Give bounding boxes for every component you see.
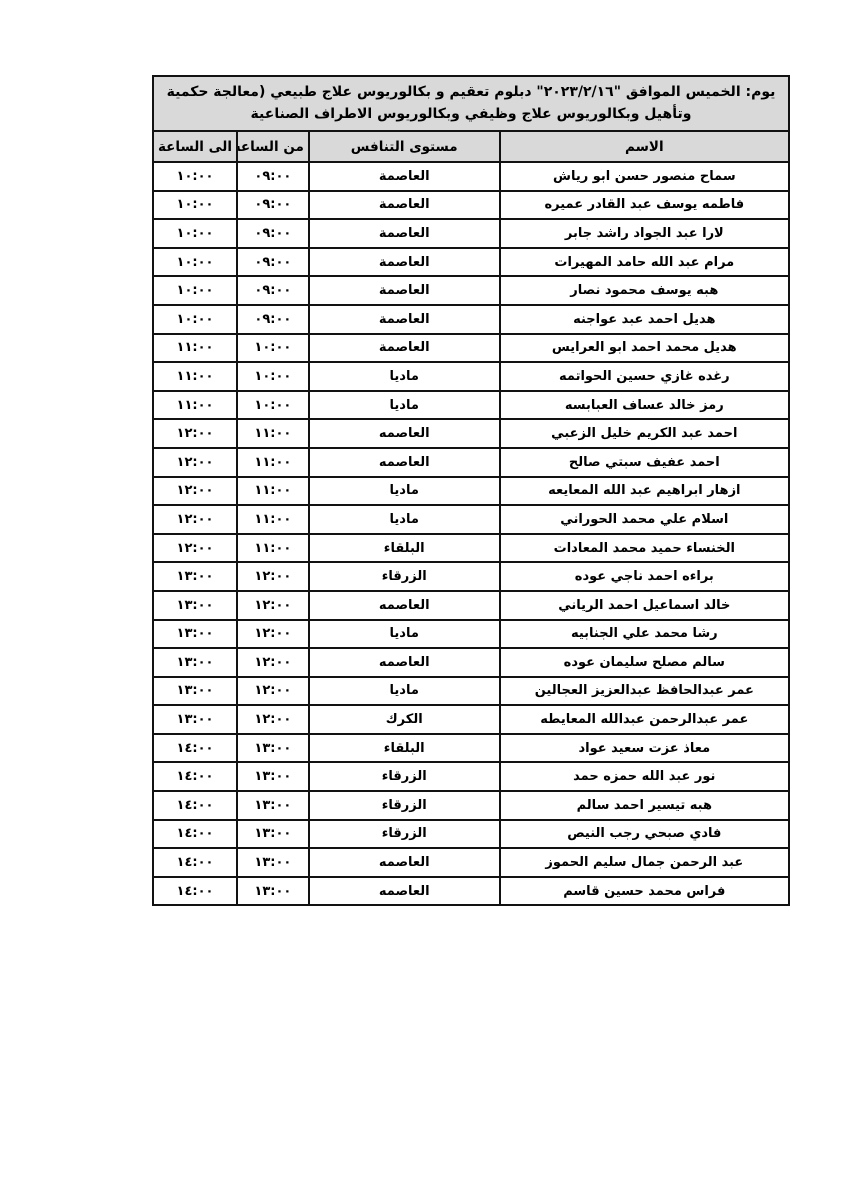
cell-from: ٠٩:٠٠ [237,248,309,277]
cell-level: العاصمه [309,419,500,448]
table-row: رشا محمد علي الجنابيه ماديا ١٢:٠٠ ١٣:٠٠ [153,620,789,649]
cell-from: ١١:٠٠ [237,448,309,477]
table-row: رغده غازي حسين الحواتمه ماديا ١٠:٠٠ ١١:٠… [153,362,789,391]
table-row: احمد عبد الكريم خليل الزعبي العاصمه ١١:٠… [153,419,789,448]
table-row: عمر عبدالرحمن عبدالله المعايطه الكرك ١٢:… [153,705,789,734]
cell-from: ٠٩:٠٠ [237,191,309,220]
cell-name: ازهار ابراهيم عبد الله المعايعه [500,477,789,506]
cell-level: ماديا [309,620,500,649]
cell-to: ١٣:٠٠ [153,705,237,734]
cell-from: ١٠:٠٠ [237,362,309,391]
cell-to: ١٤:٠٠ [153,877,237,906]
cell-level: ماديا [309,362,500,391]
cell-to: ١٤:٠٠ [153,734,237,763]
cell-name: عبد الرحمن جمال سليم الحموز [500,848,789,877]
cell-from: ١٣:٠٠ [237,848,309,877]
cell-level: ماديا [309,505,500,534]
cell-name: اسلام علي محمد الحوراني [500,505,789,534]
cell-to: ١٤:٠٠ [153,820,237,849]
document-page: { "table": { "title": "يوم: الخميس الموا… [0,0,850,1192]
cell-to: ١١:٠٠ [153,334,237,363]
cell-to: ١٠:٠٠ [153,191,237,220]
table-row: احمد عفيف سبتي صالح العاصمه ١١:٠٠ ١٢:٠٠ [153,448,789,477]
cell-to: ١٣:٠٠ [153,591,237,620]
table-row: هديل محمد احمد ابو العرايس العاصمة ١٠:٠٠… [153,334,789,363]
cell-name: عمر عبدالرحمن عبدالله المعايطه [500,705,789,734]
table-row: هديل احمد عبد عواجنه العاصمة ٠٩:٠٠ ١٠:٠٠ [153,305,789,334]
cell-level: الزرقاء [309,791,500,820]
cell-from: ١١:٠٠ [237,534,309,563]
table-title-row: يوم: الخميس الموافق "٢٠٢٣/٢/١٦" دبلوم تع… [153,76,789,131]
cell-from: ٠٩:٠٠ [237,219,309,248]
cell-level: العاصمه [309,848,500,877]
table-row: فراس محمد حسين قاسم العاصمه ١٣:٠٠ ١٤:٠٠ [153,877,789,906]
cell-to: ١٠:٠٠ [153,219,237,248]
cell-name: هديل احمد عبد عواجنه [500,305,789,334]
table-row: نور عبد الله حمزه حمد الزرقاء ١٣:٠٠ ١٤:٠… [153,762,789,791]
cell-from: ١٣:٠٠ [237,734,309,763]
cell-to: ١٠:٠٠ [153,276,237,305]
cell-name: عمر عبدالحافظ عبدالعزيز العجالين [500,677,789,706]
cell-level: العاصمة [309,276,500,305]
cell-level: العاصمة [309,162,500,191]
cell-to: ١٤:٠٠ [153,848,237,877]
cell-level: البلقاء [309,734,500,763]
cell-from: ١٢:٠٠ [237,562,309,591]
cell-from: ١١:٠٠ [237,419,309,448]
col-header-to: الى الساعة [153,131,237,162]
cell-from: ١٠:٠٠ [237,391,309,420]
cell-from: ١٣:٠٠ [237,762,309,791]
cell-level: العاصمة [309,248,500,277]
cell-to: ١١:٠٠ [153,391,237,420]
cell-name: براءه احمد ناجي عوده [500,562,789,591]
cell-level: الزرقاء [309,762,500,791]
col-header-name: الاسم [500,131,789,162]
cell-from: ١٢:٠٠ [237,591,309,620]
cell-to: ١٠:٠٠ [153,305,237,334]
cell-level: العاصمة [309,191,500,220]
table-row: براءه احمد ناجي عوده الزرقاء ١٢:٠٠ ١٣:٠٠ [153,562,789,591]
table-row: هبه يوسف محمود نصار العاصمة ٠٩:٠٠ ١٠:٠٠ [153,276,789,305]
cell-name: مرام عبد الله حامد المهيرات [500,248,789,277]
cell-to: ١٢:٠٠ [153,505,237,534]
cell-from: ١٠:٠٠ [237,334,309,363]
cell-from: ١٢:٠٠ [237,677,309,706]
cell-level: ماديا [309,391,500,420]
cell-to: ١٣:٠٠ [153,562,237,591]
cell-to: ١٣:٠٠ [153,620,237,649]
cell-name: فراس محمد حسين قاسم [500,877,789,906]
cell-from: ١١:٠٠ [237,505,309,534]
cell-from: ١٣:٠٠ [237,820,309,849]
cell-name: سماح منصور حسن ابو رياش [500,162,789,191]
cell-level: العاصمه [309,448,500,477]
cell-to: ١٣:٠٠ [153,648,237,677]
col-header-level: مستوى التنافس [309,131,500,162]
cell-name: هديل محمد احمد ابو العرايس [500,334,789,363]
table-row: ازهار ابراهيم عبد الله المعايعه ماديا ١١… [153,477,789,506]
cell-to: ١٢:٠٠ [153,448,237,477]
cell-level: ماديا [309,477,500,506]
table-row: هبه تيسير احمد سالم الزرقاء ١٣:٠٠ ١٤:٠٠ [153,791,789,820]
schedule-table: يوم: الخميس الموافق "٢٠٢٣/٢/١٦" دبلوم تع… [152,75,790,906]
table-body: سماح منصور حسن ابو رياش العاصمة ٠٩:٠٠ ١٠… [153,162,789,905]
table-row: خالد اسماعيل احمد الرياني العاصمه ١٢:٠٠ … [153,591,789,620]
cell-level: الزرقاء [309,562,500,591]
table-row: معاذ عزت سعيد عواد البلقاء ١٣:٠٠ ١٤:٠٠ [153,734,789,763]
cell-to: ١٤:٠٠ [153,791,237,820]
cell-level: العاصمة [309,305,500,334]
cell-level: العاصمة [309,334,500,363]
cell-name: سالم مصلح سليمان عوده [500,648,789,677]
table-row: فادي صبحي رجب النيص الزرقاء ١٣:٠٠ ١٤:٠٠ [153,820,789,849]
cell-from: ٠٩:٠٠ [237,162,309,191]
cell-from: ١٢:٠٠ [237,648,309,677]
cell-level: العاصمه [309,648,500,677]
table-row: رمز خالد عساف العبابسه ماديا ١٠:٠٠ ١١:٠٠ [153,391,789,420]
table-row: الخنساء حميد محمد المعادات البلقاء ١١:٠٠… [153,534,789,563]
table-row: عمر عبدالحافظ عبدالعزيز العجالين ماديا ١… [153,677,789,706]
cell-to: ١٢:٠٠ [153,534,237,563]
cell-level: الزرقاء [309,820,500,849]
cell-name: فادي صبحي رجب النيص [500,820,789,849]
table-row: مرام عبد الله حامد المهيرات العاصمة ٠٩:٠… [153,248,789,277]
table-row: فاطمه يوسف عبد القادر عميره العاصمة ٠٩:٠… [153,191,789,220]
cell-name: احمد عبد الكريم خليل الزعبي [500,419,789,448]
cell-to: ١١:٠٠ [153,362,237,391]
cell-from: ٠٩:٠٠ [237,305,309,334]
cell-to: ١٠:٠٠ [153,248,237,277]
cell-from: ١١:٠٠ [237,477,309,506]
cell-level: العاصمه [309,877,500,906]
table-row: عبد الرحمن جمال سليم الحموز العاصمه ١٣:٠… [153,848,789,877]
cell-from: ١٣:٠٠ [237,877,309,906]
cell-name: خالد اسماعيل احمد الرياني [500,591,789,620]
cell-from: ١٢:٠٠ [237,705,309,734]
table-row: لارا عبد الجواد راشد جابر العاصمة ٠٩:٠٠ … [153,219,789,248]
cell-name: معاذ عزت سعيد عواد [500,734,789,763]
cell-from: ١٢:٠٠ [237,620,309,649]
cell-name: نور عبد الله حمزه حمد [500,762,789,791]
table-title: يوم: الخميس الموافق "٢٠٢٣/٢/١٦" دبلوم تع… [153,76,789,131]
cell-name: فاطمه يوسف عبد القادر عميره [500,191,789,220]
cell-from: ١٣:٠٠ [237,791,309,820]
cell-to: ١٢:٠٠ [153,419,237,448]
table-row: سماح منصور حسن ابو رياش العاصمة ٠٩:٠٠ ١٠… [153,162,789,191]
cell-from: ٠٩:٠٠ [237,276,309,305]
cell-level: العاصمة [309,219,500,248]
col-header-from: من الساعة [237,131,309,162]
cell-to: ١٠:٠٠ [153,162,237,191]
cell-level: الكرك [309,705,500,734]
cell-name: هبه يوسف محمود نصار [500,276,789,305]
table-row: اسلام علي محمد الحوراني ماديا ١١:٠٠ ١٢:٠… [153,505,789,534]
cell-to: ١٣:٠٠ [153,677,237,706]
cell-name: لارا عبد الجواد راشد جابر [500,219,789,248]
cell-level: ماديا [309,677,500,706]
cell-to: ١٤:٠٠ [153,762,237,791]
table-header-row: الاسم مستوى التنافس من الساعة الى الساعة [153,131,789,162]
cell-name: رشا محمد علي الجنابيه [500,620,789,649]
cell-name: احمد عفيف سبتي صالح [500,448,789,477]
cell-level: العاصمه [309,591,500,620]
cell-name: هبه تيسير احمد سالم [500,791,789,820]
table-row: سالم مصلح سليمان عوده العاصمه ١٢:٠٠ ١٣:٠… [153,648,789,677]
cell-level: البلقاء [309,534,500,563]
cell-name: الخنساء حميد محمد المعادات [500,534,789,563]
cell-name: رمز خالد عساف العبابسه [500,391,789,420]
cell-name: رغده غازي حسين الحواتمه [500,362,789,391]
cell-to: ١٢:٠٠ [153,477,237,506]
